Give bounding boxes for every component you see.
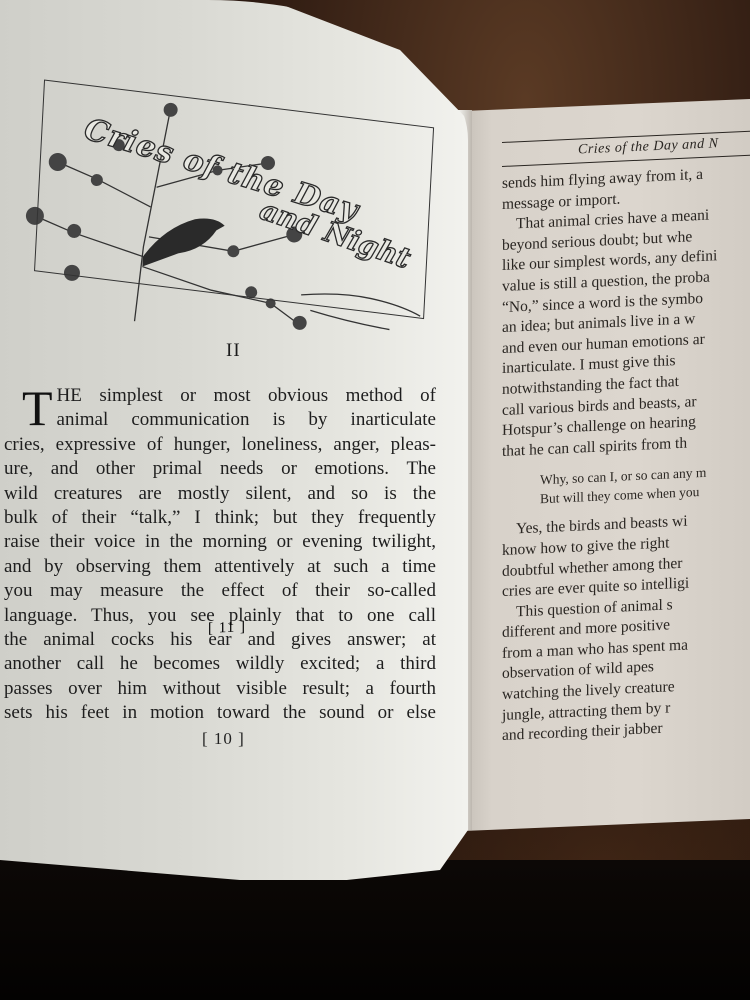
text-line: animal communication is by inarticulate xyxy=(4,408,436,432)
page-number-left: [ 10 ] xyxy=(202,729,245,749)
text-line: ure, and other primal needs or emotions.… xyxy=(4,457,436,481)
text-line: sets his feet in motion toward the sound… xyxy=(4,701,436,725)
text-line: cries, expressive of hunger, loneliness,… xyxy=(4,433,436,457)
page-number-right: [ 11 ] xyxy=(208,619,246,638)
chapter-number: II xyxy=(226,340,241,362)
text-line: another call he becomes wildly excited; … xyxy=(4,652,436,676)
text-line: wild creatures are mostly silent, and so… xyxy=(4,482,436,506)
text-line: raise their voice in the morning or even… xyxy=(4,530,436,554)
chapter-header-illustration: Cries of the Day and Night xyxy=(8,80,441,362)
text-line: passes over him without visible result; … xyxy=(4,677,436,701)
table-shadow xyxy=(0,860,750,1000)
text-line: HE simplest or most obvious method of xyxy=(4,384,436,408)
drop-cap: T xyxy=(22,386,53,430)
text-line: you may measure the effect of their so-c… xyxy=(4,579,436,603)
left-page-body: T HE simplest or most obvious method of … xyxy=(4,384,436,726)
text-line: bulk of their “talk,” I think; but they … xyxy=(4,506,436,530)
right-page-body: sends him flying away from it, amessage … xyxy=(502,160,750,746)
text-line: and by observing them attentively at suc… xyxy=(4,555,436,579)
